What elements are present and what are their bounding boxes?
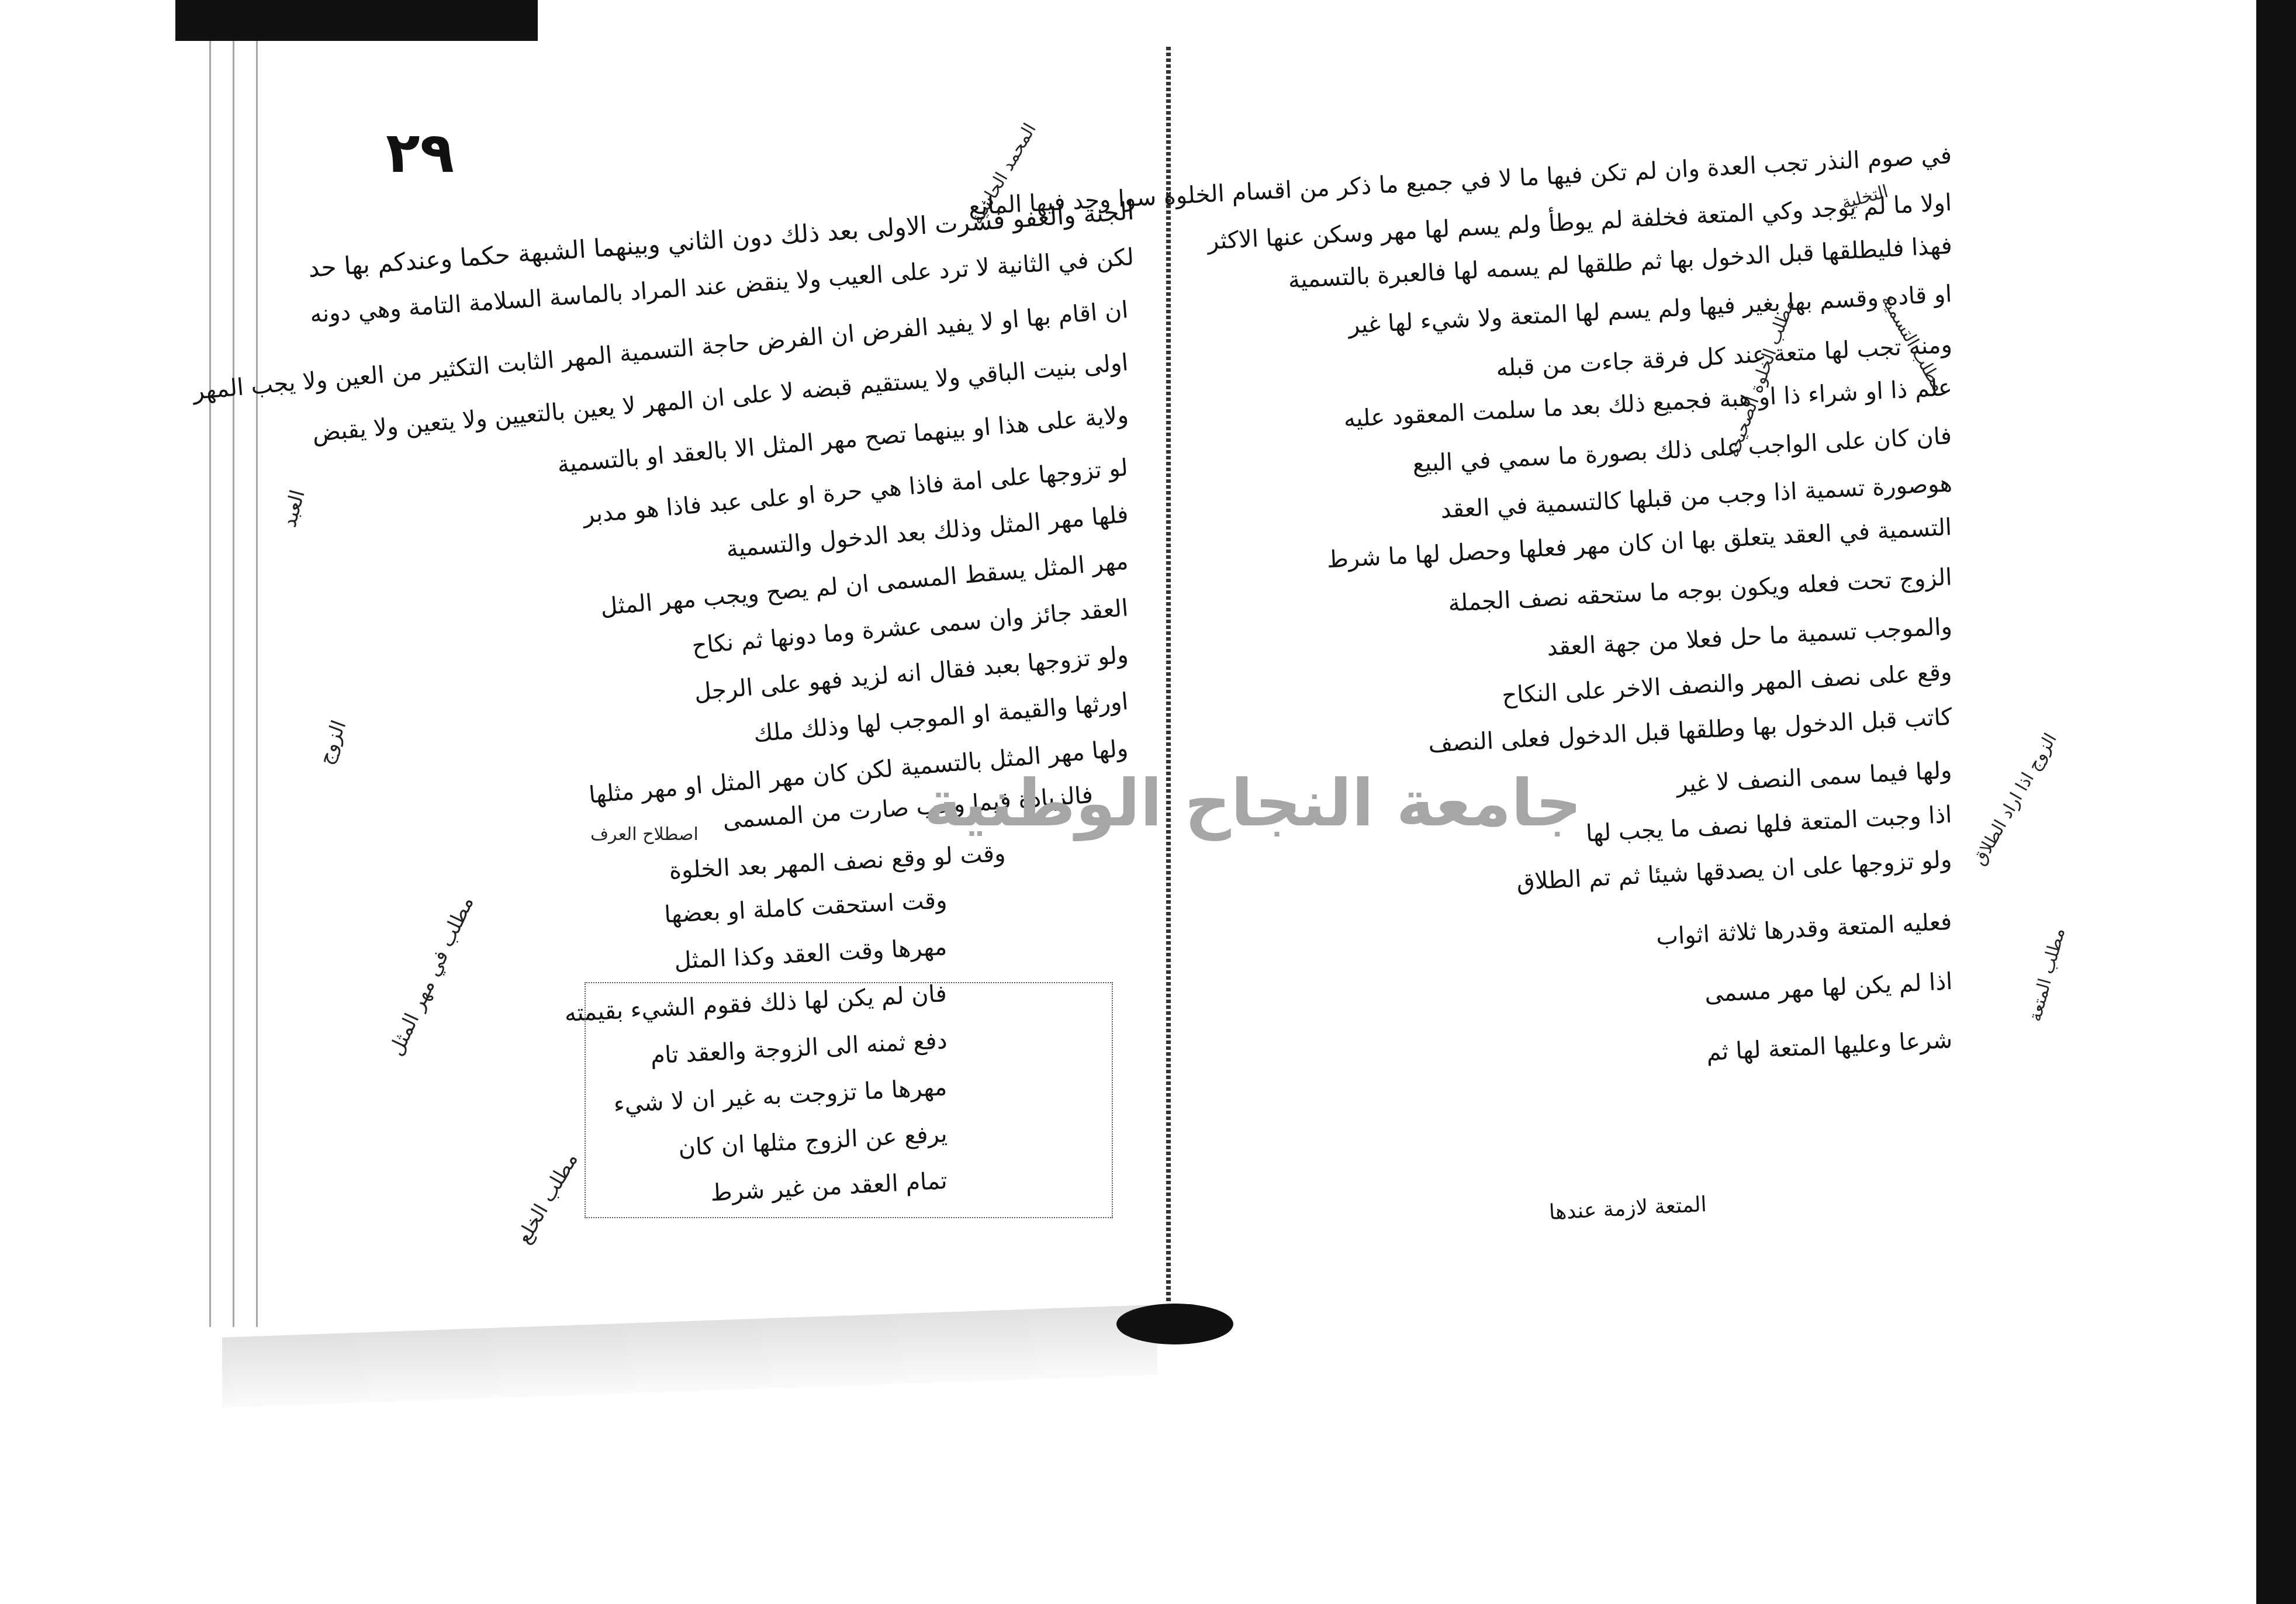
right-page-line: علم ذا او شراء ذا او هبة فجميع ذلك بعد م… [1343,376,1952,431]
right-page-line: كاتب قبل الدخول بها وطلقها قبل الدخول فع… [1427,706,1952,756]
left-page-line: اورثها والقيمة او الموجب لها وذلك ملك [753,690,1129,746]
boxed-text-region [585,982,1113,1218]
manuscript-scan: ٢٩ الجنة والعفو فسرت الاولى بعد ذلك دون … [0,0,2296,1604]
right-page-line: اذا لم يكن لها مهر مسمى [1704,970,1953,1006]
right-page-line: شرعا وعليها المتعة لها ثم [1706,1028,1953,1064]
right-page-line: التسمية في العقد يتعلق بها ان كان مهر فع… [1326,516,1952,572]
margin-note: العبد [278,488,310,530]
right-page-line: هوصورة تسمية اذا وجب من قبلها كالتسمية ف… [1440,472,1952,522]
margin-note: الزوج [314,717,351,768]
right-page-line: ومنه تجب لها متعة عند كل فرقة جاءت من قب… [1495,333,1952,381]
right-page-line: فان كان على الواجب على ذلك بصورة ما سمي … [1412,424,1952,476]
margin-note: مطلب المتعة [2025,926,2069,1024]
book-gutter [1166,47,1171,1304]
margin-note: مطلب في مهر المثل [384,893,478,1059]
right-page-line: ولو تزوجها على ان يصدقها شيئا ثم تم الطل… [1516,848,1953,894]
margin-note: مطلب الخلع [512,1149,583,1248]
right-page: في صوم النذر تجب العدة وان لم تكن فيها م… [1181,88,2174,1286]
book-left-edge-lines [193,41,263,1327]
left-page-line: وقت لو وقع نصف المهر بعد الخلوة [669,842,1006,883]
right-page-line: الزوج تحت فعله ويكون بوجه ما ستحقه نصف ا… [1448,565,1953,615]
university-watermark: جامعة النجاح الوطنية [924,766,1582,841]
right-page-line: فعليه المتعة وقدرها ثلاثة اثواب [1656,910,1953,949]
right-page-line: ولها فيما سمى النصف لا غير [1676,759,1953,797]
page-top-edge-shadow [175,0,538,41]
right-page-line: وقع على نصف المهر والنصف الاخر على النكا… [1502,661,1953,707]
book-bottom-edge [222,1305,1157,1408]
page-right-edge-shadow [2256,0,2296,1604]
left-page-line: مهرها وقت العقد وكذا المثل [674,935,948,973]
left-page-line: وقت استحقت كاملة او بعضها [663,889,948,927]
margin-note: الزوج اذا اراد الطلاق [1969,730,2060,869]
right-page-line: المتعة لازمة عندها [1548,1194,1707,1223]
margin-note: اصطلاح العرف [590,824,699,845]
left-page: الجنة والعفو فسرت الاولى بعد ذلك دون الث… [275,88,1152,1315]
right-page-line: او قاده وقسم بها بغير فيها ولم يسم لها ا… [1348,282,1953,337]
right-page-line: اذا وجبت المتعة فلها نصف ما يجب لها [1586,803,1953,846]
right-page-line: والموجب تسمية ما حل فعلا من جهة العقد [1546,615,1952,659]
